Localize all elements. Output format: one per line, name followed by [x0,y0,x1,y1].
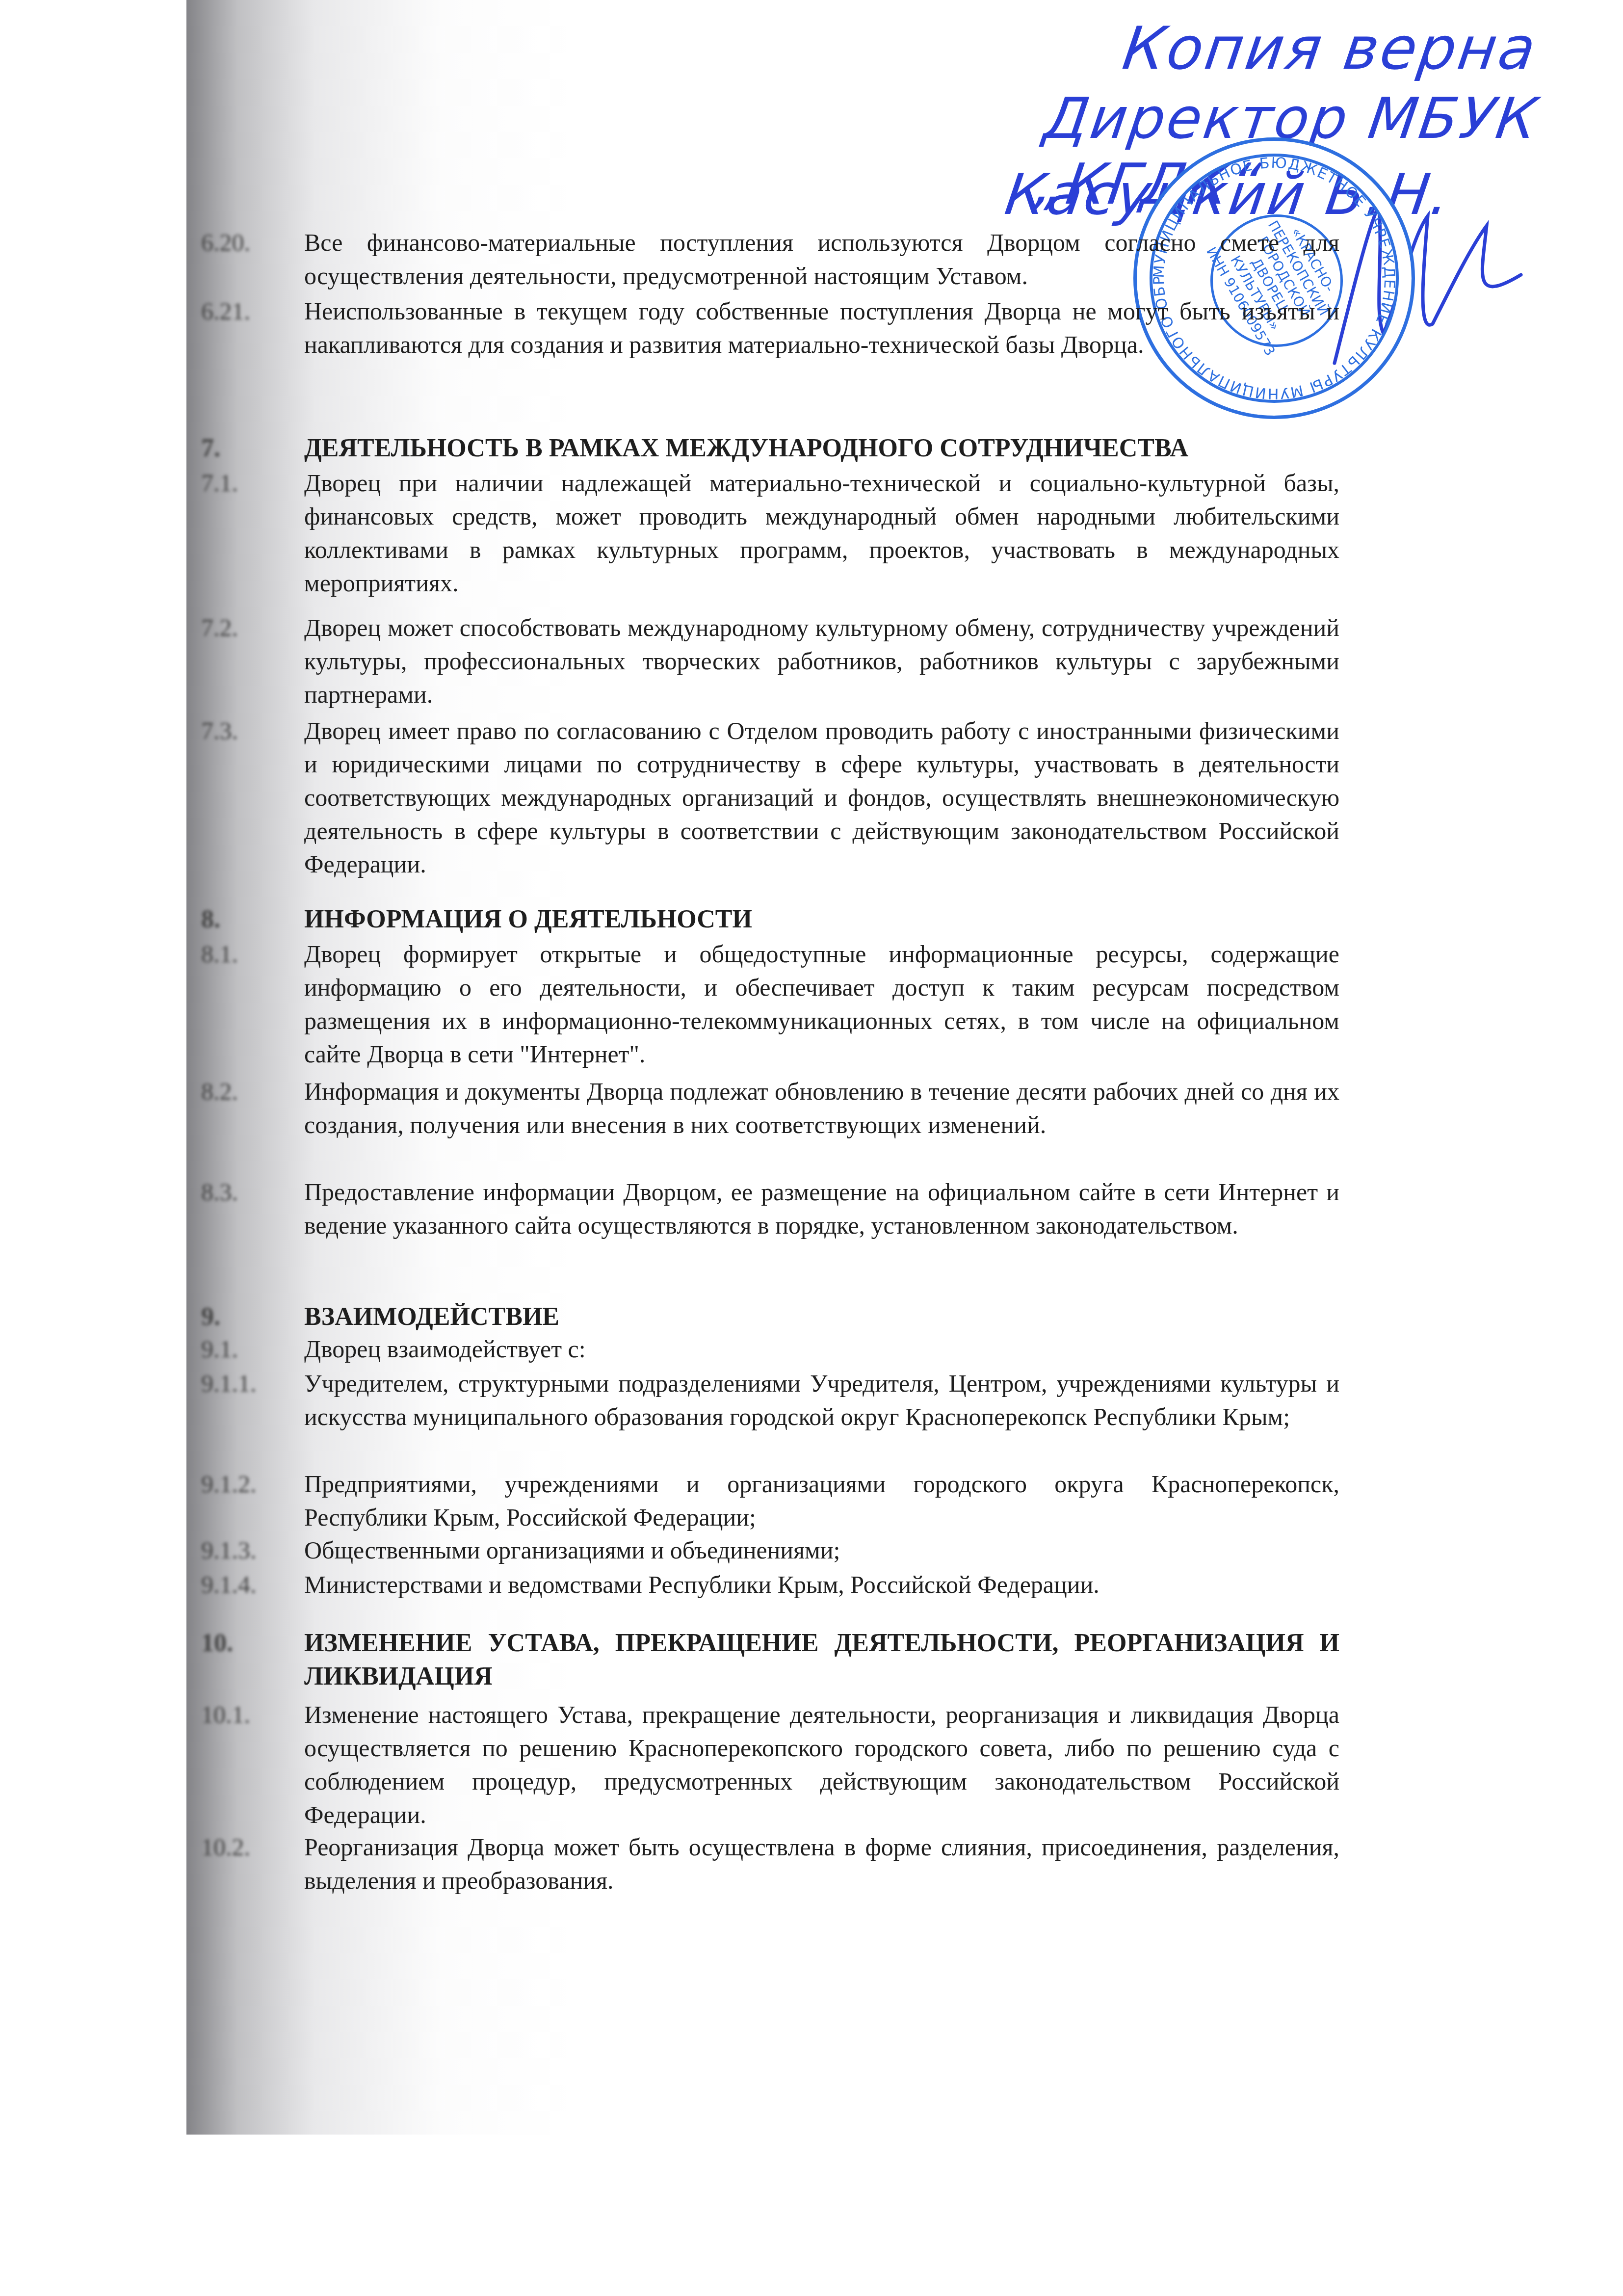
section-title: ДЕЯТЕЛЬНОСТЬ В РАМКАХ МЕЖДУНАРОДНОГО СОТ… [304,432,1339,465]
clause-text: Дворец при наличии надлежащей материальн… [304,466,1339,600]
clause-number: 8.1. [201,937,280,971]
section-number: 10. [201,1627,233,1660]
clause-number: 8.2. [201,1075,280,1108]
section-title: ИЗМЕНЕНИЕ УСТАВА, ПРЕКРАЩЕНИЕ ДЕЯТЕЛЬНОС… [304,1627,1339,1693]
clause-paragraph: 7.2.Дворец может способствовать междунар… [231,611,1339,711]
clause-text: Информация и документы Дворца подлежат о… [304,1075,1339,1141]
section-heading: 7.ДЕЯТЕЛЬНОСТЬ В РАМКАХ МЕЖДУНАРОДНОГО С… [231,432,1339,465]
clause-number: 10.2. [201,1830,280,1864]
clause-text: Министерствами и ведомствами Республики … [304,1568,1339,1601]
clause-text: Реорганизация Дворца может быть осуществ… [304,1830,1339,1897]
clause-number: 9.1.2. [201,1467,280,1501]
clause-text: Все финансово-материальные поступления и… [304,226,1339,292]
section-heading: 8.ИНФОРМАЦИЯ О ДЕЯТЕЛЬНОСТИ [231,903,1339,936]
clause-number: 9.1.4. [201,1568,280,1601]
clause-text: Неиспользованные в текущем году собствен… [304,294,1339,361]
clause-paragraph: 10.2.Реорганизация Дворца может быть осу… [231,1830,1339,1897]
clause-paragraph: 9.1.1.Учредителем, структурными подразде… [231,1367,1339,1433]
clause-number: 10.1. [201,1698,280,1731]
section-title: ВЗАИМОДЕЙСТВИЕ [304,1300,1339,1334]
clause-text: Дворец имеет право по согласованию с Отд… [304,714,1339,881]
clause-text: Дворец формирует открытые и общедоступны… [304,937,1339,1071]
clause-paragraph: 9.1.4.Министерствами и ведомствами Респу… [231,1568,1339,1601]
clause-paragraph: 8.1.Дворец формирует открытые и общедост… [231,937,1339,1071]
clause-number: 9.1.3. [201,1533,280,1567]
clause-paragraph: 9.1.3.Общественными организациями и объе… [231,1533,1339,1567]
clause-text: Предприятиями, учреждениями и организаци… [304,1467,1339,1534]
clause-paragraph: 9.1.2.Предприятиями, учреждениями и орга… [231,1467,1339,1534]
clause-text: Дворец взаимодействует с: [304,1332,1339,1366]
section-heading: 10.ИЗМЕНЕНИЕ УСТАВА, ПРЕКРАЩЕНИЕ ДЕЯТЕЛЬ… [231,1627,1339,1693]
clause-paragraph: 7.3.Дворец имеет право по согласованию с… [231,714,1339,881]
section-heading: 9.ВЗАИМОДЕЙСТВИЕ [231,1300,1339,1334]
clause-paragraph: 8.3.Предоставление информации Дворцом, е… [231,1175,1339,1242]
clause-text: Дворец может способствовать международно… [304,611,1339,711]
clause-number: 7.1. [201,466,280,500]
clause-number: 6.20. [201,226,280,259]
clause-text: Общественными организациями и объединени… [304,1533,1339,1567]
clause-number: 9.1.1. [201,1367,280,1400]
clause-paragraph: 10.1.Изменение настоящего Устава, прекра… [231,1698,1339,1831]
clause-number: 7.2. [201,611,280,644]
section-number: 9. [201,1300,220,1334]
clause-text: Изменение настоящего Устава, прекращение… [304,1698,1339,1831]
clause-paragraph: 7.1.Дворец при наличии надлежащей матери… [231,466,1339,600]
section-number: 8. [201,903,220,936]
clause-paragraph: 6.21.Неиспользованные в текущем году соб… [231,294,1339,361]
section-title: ИНФОРМАЦИЯ О ДЕЯТЕЛЬНОСТИ [304,903,1339,936]
clause-number: 9.1. [201,1332,280,1366]
clause-text: Учредителем, структурными подразделениям… [304,1367,1339,1433]
clause-paragraph: 6.20.Все финансово-материальные поступле… [231,226,1339,292]
section-number: 7. [201,432,220,465]
clause-text: Предоставление информации Дворцом, ее ра… [304,1175,1339,1242]
handwritten-certification-line1: Копия верна [1119,15,1542,83]
clause-number: 8.3. [201,1175,280,1209]
clause-paragraph: 8.2.Информация и документы Дворца подлеж… [231,1075,1339,1141]
clause-paragraph: 9.1.Дворец взаимодействует с: [231,1332,1339,1366]
clause-number: 7.3. [201,714,280,747]
clause-number: 6.21. [201,294,280,328]
